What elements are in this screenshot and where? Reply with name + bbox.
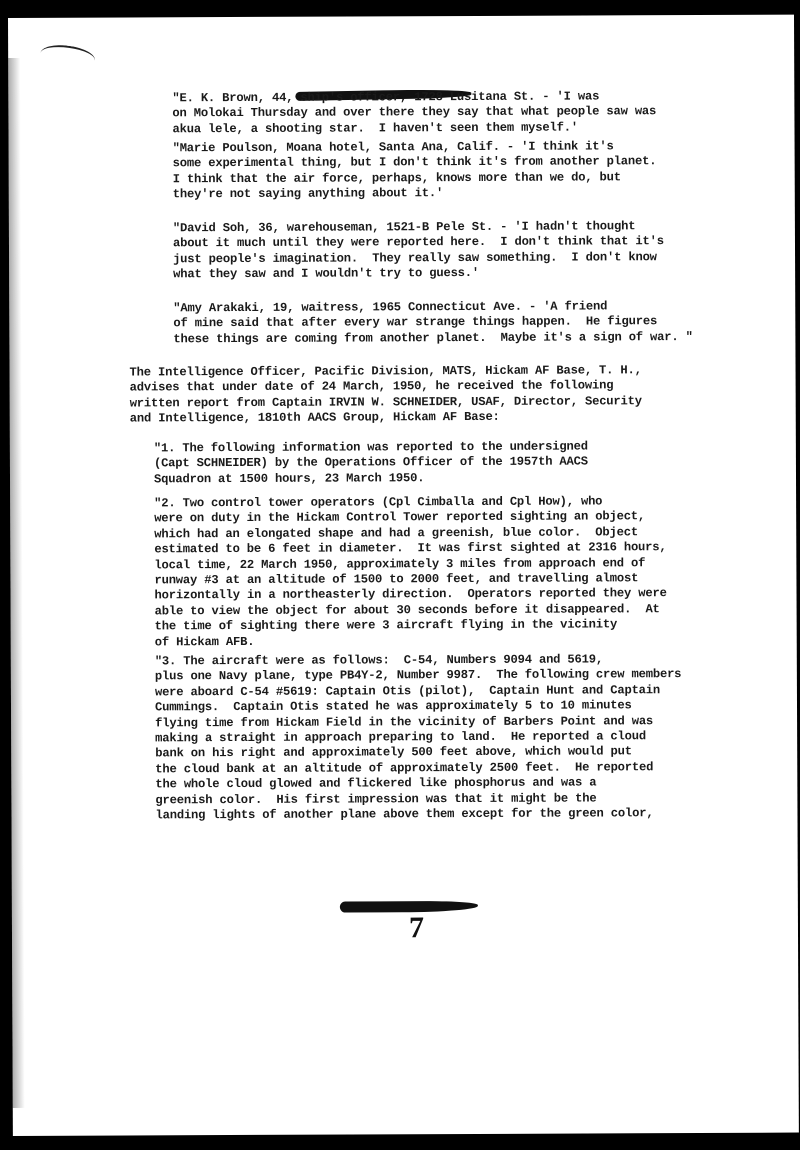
pen-mark [39, 42, 96, 71]
text-line: some experimental thing, but I don't thi… [173, 155, 657, 173]
intelligence-officer-intro: The Intelligence Officer, Pacific Divisi… [130, 363, 642, 427]
text-line: the time of sighting there were 3 aircra… [155, 617, 667, 635]
document-page: "E. K. Brown, 44, ship's officer, 1728 L… [8, 15, 799, 1136]
text-line: estimated to be 6 feet in diameter. It w… [154, 540, 666, 558]
text-line: and Intelligence, 1810th AACS Group, Hic… [130, 409, 642, 427]
text-line: written report from Captain IRVIN W. SCH… [130, 394, 642, 412]
quote-brown: "E. K. Brown, 44, ship's officer, 1728 L… [172, 89, 656, 137]
text-line: of Hickam AFB. [155, 633, 667, 651]
text-line: Squadron at 1500 hours, 23 March 1950. [154, 470, 588, 487]
document-body: "E. K. Brown, 44, ship's officer, 1728 L… [8, 15, 794, 18]
text-line: I think that the air force, perhaps, kno… [173, 170, 657, 188]
quote-soh: "David Soh, 36, warehouseman, 1521-B Pel… [173, 219, 664, 283]
text-line: Cummings. Captain Otis stated he was app… [155, 698, 681, 716]
text-line: landing lights of another plane above th… [155, 806, 681, 824]
page-edge-shadow [8, 58, 25, 1108]
page-number: 7 [409, 911, 424, 945]
text-line: (Capt SCHNEIDER) by the Operations Offic… [154, 455, 588, 472]
text-line: just people's imagination. They really s… [173, 250, 664, 268]
text-line: akua lele, a shooting star. I haven't se… [172, 120, 656, 138]
quote-poulson: "Marie Poulson, Moana hotel, Santa Ana, … [173, 139, 657, 203]
text-line: these things are coming from another pla… [173, 330, 692, 348]
text-line: what they saw and I wouldn't try to gues… [173, 265, 664, 283]
quote-arakaki: "Amy Arakaki, 19, waitress, 1965 Connect… [173, 299, 693, 347]
text-line: they're not saying anything about it.' [173, 185, 657, 203]
report-paragraph-2: "2. Two control tower operators (Cpl Cim… [154, 494, 667, 650]
text-line: the cloud bank at an altitude of approxi… [155, 760, 681, 778]
report-paragraph-1: "1. The following information was report… [154, 439, 588, 487]
report-paragraph-3: "3. The aircraft were as follows: C-54, … [155, 652, 682, 824]
text-line: on Molokai Thursday and over there they … [172, 105, 656, 123]
